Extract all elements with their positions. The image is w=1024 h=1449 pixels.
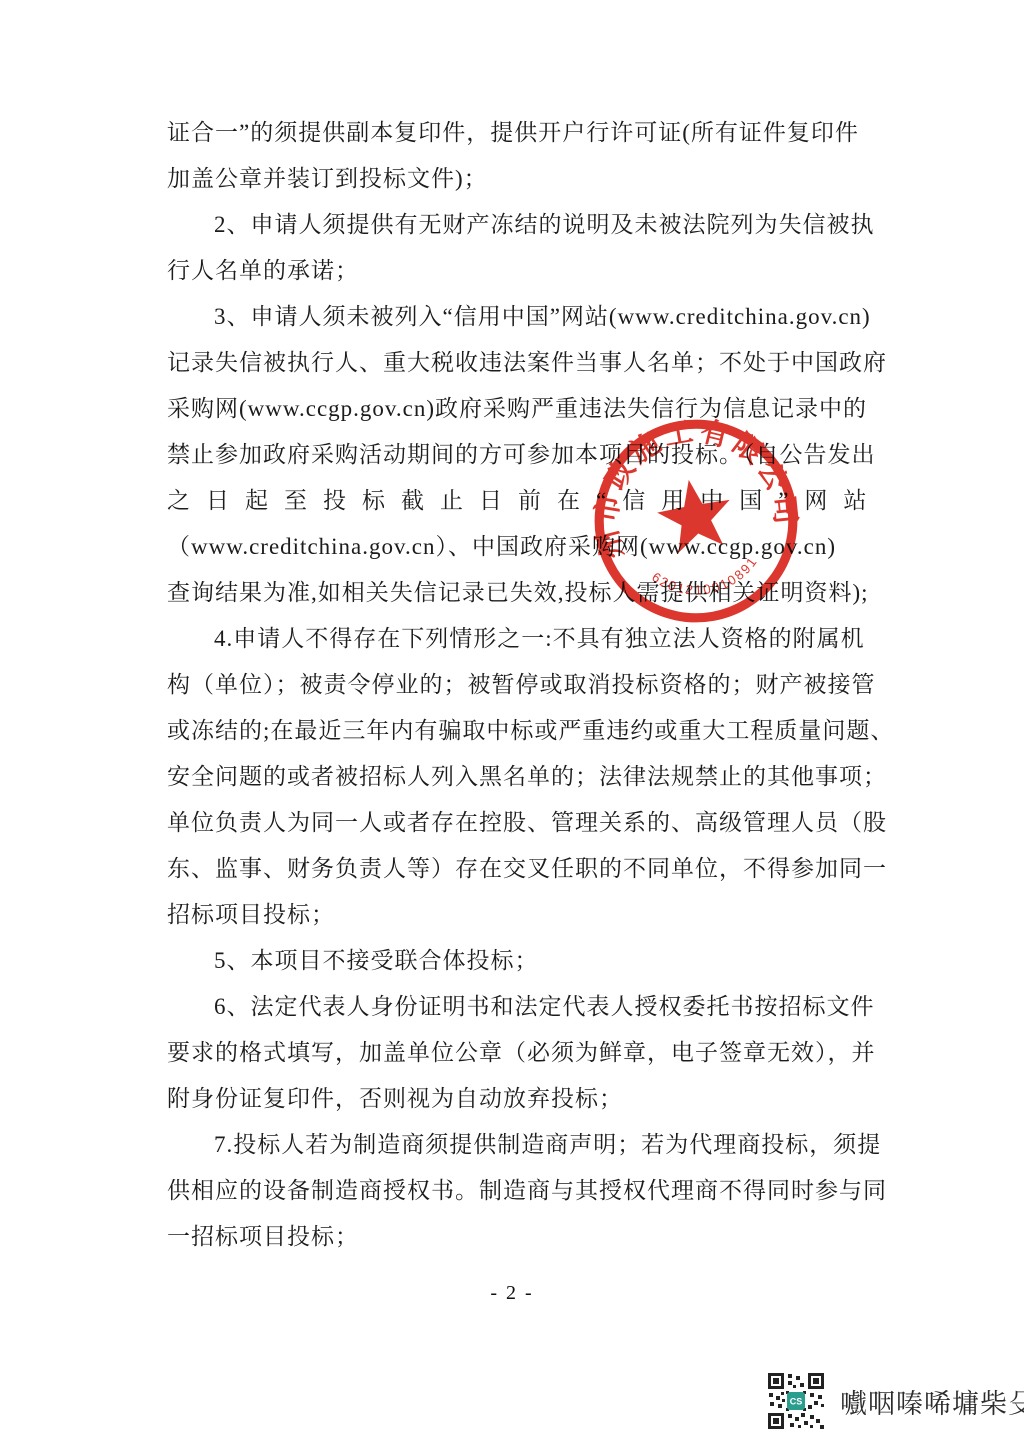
text-line: 记录失信被执行人、重大税收违法案件当事人名单；不处于中国政府 [167,340,890,386]
text-line: 单位负责人为同一人或者存在控股、管理关系的、高级管理人员（股 [167,800,890,846]
text-line: 5、本项目不接受联合体投标； [167,938,890,984]
text-line: 证合一”的须提供副本复印件，提供开户行许可证(所有证件复印件 [167,110,890,156]
page-number: - 2 - [0,1282,1024,1305]
document-page: 证合一”的须提供副本复印件，提供开户行许可证(所有证件复印件加盖公章并装订到投标… [0,0,1024,1449]
text-line: 安全问题的或者被招标人列入黑名单的；法律法规禁止的其他事项； [167,754,890,800]
text-line: 附身份证复印件，否则视为自动放弃投标； [167,1076,890,1122]
text-line: 东、监事、财务负责人等）存在交叉任职的不同单位，不得参加同一 [167,846,890,892]
text-line: 或冻结的;在最近三年内有骗取中标或严重违约或重大工程质量问题、 [167,708,890,754]
text-line: 供相应的设备制造商授权书。制造商与其授权代理商不得同时参与同 [167,1168,890,1214]
qr-badge-label: CS [790,1397,803,1407]
text-line: 一招标项目投标； [167,1214,890,1260]
text-line: 行人名单的承诺； [167,248,890,294]
company-seal: 州市政施工有限公司 6201210010891 [572,397,820,645]
text-line: 7.投标人若为制造商须提供制造商声明；若为代理商投标，须提 [167,1122,890,1168]
text-line: 加盖公章并装订到投标文件)； [167,156,890,202]
seal-star-icon [653,473,738,555]
qr-code: CS [766,1371,826,1431]
document-body: 证合一”的须提供副本复印件，提供开户行许可证(所有证件复印件加盖公章并装订到投标… [167,110,890,1260]
text-line: 2、申请人须提供有无财产冻结的说明及未被法院列为失信被执 [167,202,890,248]
qr-caption-text: 嚱咽嗪唏墉柴殳判 [840,1382,1024,1421]
text-line: 4.申请人不得存在下列情形之一:不具有独立法人资格的附属机 [167,616,890,662]
text-line: 3、申请人须未被列入“信用中国”网站(www.creditchina.gov.c… [167,294,890,340]
text-line: 6、法定代表人身份证明书和法定代表人授权委托书按招标文件 [167,984,890,1030]
text-line: 要求的格式填写，加盖单位公章（必须为鲜章，电子签章无效），并 [167,1030,890,1076]
text-line: 构（单位）；被责令停业的；被暂停或取消投标资格的；财产被接管 [167,662,890,708]
text-line: 招标项目投标； [167,892,890,938]
